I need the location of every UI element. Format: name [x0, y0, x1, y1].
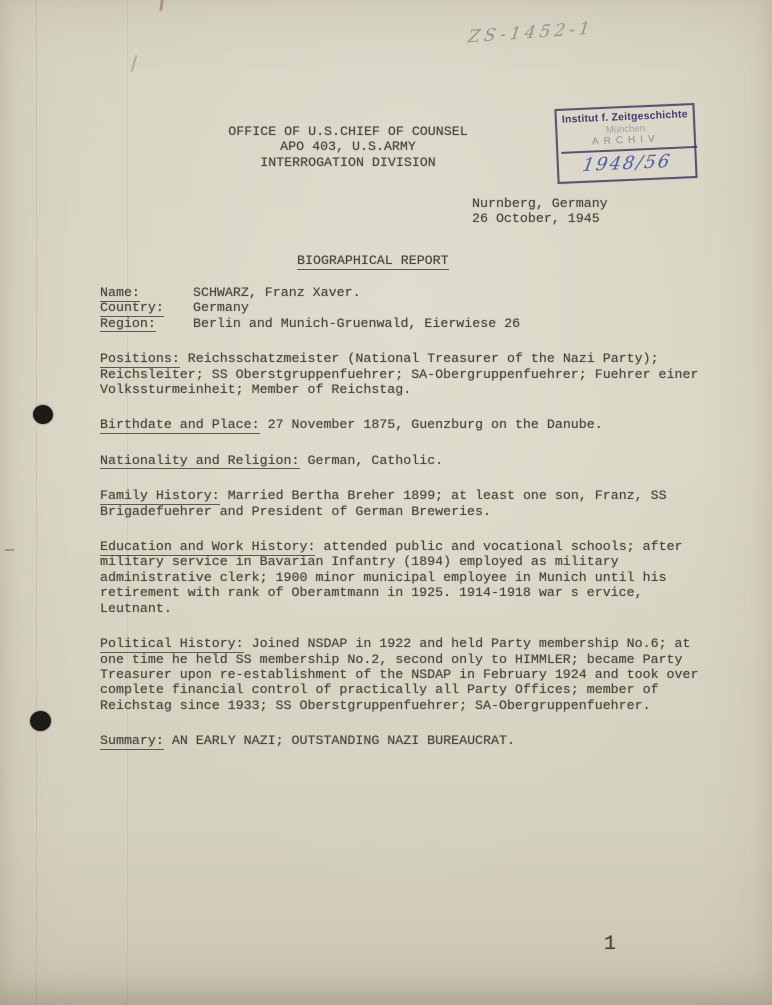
field-region-label: Region: — [100, 316, 156, 333]
identity-fields: Name: SCHWARZ, Franz Xaver. Country: Ger… — [100, 285, 722, 331]
archive-stamp: Institut f. Zeitgeschichte München ARCHI… — [554, 103, 697, 184]
scan-mark-slash — [131, 55, 138, 72]
section-positions-text: Reichsschatzmeister (National Treasurer … — [100, 351, 698, 397]
field-name: Name: SCHWARZ, Franz Xaver. — [100, 285, 722, 300]
hole-punch-bottom — [29, 710, 53, 733]
scan-mark-dash — [5, 549, 14, 551]
section-political-history: Political History:Joined NSDAP in 1922 a… — [100, 636, 722, 713]
field-region: Region: Berlin and Munich-Gruenwald, Eie… — [100, 316, 722, 331]
section-positions: Positions:Reichsschatzmeister (National … — [100, 351, 722, 397]
field-name-label: Name: — [100, 285, 140, 302]
document-body: Name: SCHWARZ, Franz Xaver. Country: Ger… — [100, 285, 722, 769]
page-number: 1 — [604, 933, 616, 956]
letterhead: OFFICE OF U.S.CHIEF OF COUNSEL APO 403, … — [175, 124, 521, 170]
section-education-work-history: Education and Work History:attended publ… — [100, 539, 722, 616]
stamp-handwritten-number: 1948/56 — [556, 146, 697, 182]
section-education-work-history-label: Education and Work History: — [100, 539, 315, 556]
section-summary-text: AN EARLY NAZI; OUTSTANDING NAZI BUREAUCR… — [172, 733, 515, 748]
section-positions-label: Positions: — [100, 351, 180, 368]
scan-mark-tick — [159, 0, 164, 11]
paper-crease-left — [36, 0, 37, 1005]
section-political-history-label: Political History: — [100, 636, 244, 653]
field-country-value: Germany — [193, 300, 249, 315]
section-nationality-text: German, Catholic. — [308, 453, 444, 468]
section-summary-label: Summary: — [100, 733, 164, 750]
section-family-history-label: Family History: — [100, 488, 220, 505]
field-country-label: Country: — [100, 300, 164, 317]
section-nationality-label: Nationality and Religion: — [100, 453, 300, 470]
dateline-date: 26 October, 1945 — [472, 211, 608, 226]
section-nationality: Nationality and Religion:German, Catholi… — [100, 453, 722, 468]
pencil-catalog-note: ZS-1452-1 — [467, 13, 679, 48]
section-birthdate-label: Birthdate and Place: — [100, 417, 260, 434]
letterhead-line-1: OFFICE OF U.S.CHIEF OF COUNSEL — [175, 124, 521, 139]
field-country: Country: Germany — [100, 300, 722, 315]
field-region-value: Berlin and Munich-Gruenwald, Eierwiese 2… — [193, 316, 520, 331]
section-summary: Summary:AN EARLY NAZI; OUTSTANDING NAZI … — [100, 733, 722, 748]
section-birthdate: Birthdate and Place:27 November 1875, Gu… — [100, 417, 722, 432]
section-birthdate-text: 27 November 1875, Guenzburg on the Danub… — [268, 417, 603, 432]
document-title: BIOGRAPHICAL REPORT — [297, 253, 449, 270]
dateline: Nurnberg, Germany 26 October, 1945 — [472, 196, 608, 227]
section-family-history: Family History:Married Bertha Breher 189… — [100, 488, 722, 519]
dateline-place: Nurnberg, Germany — [472, 196, 608, 211]
letterhead-line-2: APO 403, U.S.ARMY — [175, 139, 521, 154]
field-name-value: SCHWARZ, Franz Xaver. — [193, 285, 361, 300]
letterhead-line-3: INTERROGATION DIVISION — [175, 155, 521, 170]
scanned-document-page: ZS-1452-1 OFFICE OF U.S.CHIEF OF COUNSEL… — [0, 0, 772, 1005]
hole-punch-top — [32, 403, 55, 425]
